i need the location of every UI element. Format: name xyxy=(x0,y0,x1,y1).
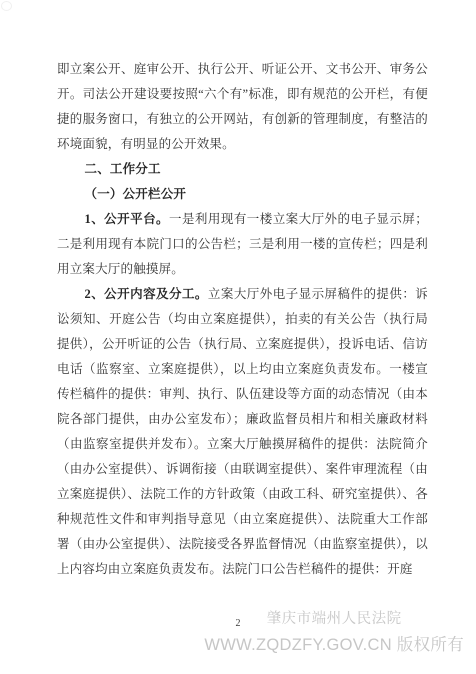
paragraph-item-1-lead: 1、公开平台。 xyxy=(85,212,170,226)
subsection-heading: （一）公开栏公开 xyxy=(57,182,428,207)
watermark: 肇庆市端州人民法院 WWW.ZQDZFY.GOV.CN 版权所有 xyxy=(204,606,464,658)
paragraph-continuation: 即立案公开、庭审公开、执行公开、听证公开、文书公开、审务公开。司法公开建设要按照… xyxy=(57,57,428,157)
document-body: 即立案公开、庭审公开、执行公开、听证公开、文书公开、审务公开。司法公开建设要按照… xyxy=(57,57,428,582)
scan-artifact xyxy=(1,1,12,11)
paragraph-item-2-lead: 2、公开内容及分工。 xyxy=(85,287,208,301)
watermark-court-name: 肇庆市端州人民法院 xyxy=(204,606,464,632)
paragraph-item-2: 2、公开内容及分工。立案大厅外电子显示屏稿件的提供：诉讼须知、开庭公告（均由立案… xyxy=(57,282,428,582)
section-heading: 二、工作分工 xyxy=(57,157,428,182)
document-page: 即立案公开、庭审公开、执行公开、听证公开、文书公开、审务公开。司法公开建设要按照… xyxy=(0,0,476,674)
paragraph-item-1: 1、公开平台。一是利用现有一楼立案大厅外的电子显示屏；二是利用现有本院门口的公告… xyxy=(57,207,428,282)
watermark-site-copyright: WWW.ZQDZFY.GOV.CN 版权所有 xyxy=(204,632,464,658)
paragraph-item-2-text: 立案大厅外电子显示屏稿件的提供：诉讼须知、开庭公告（均由立案庭提供），拍卖的有关… xyxy=(57,287,428,576)
